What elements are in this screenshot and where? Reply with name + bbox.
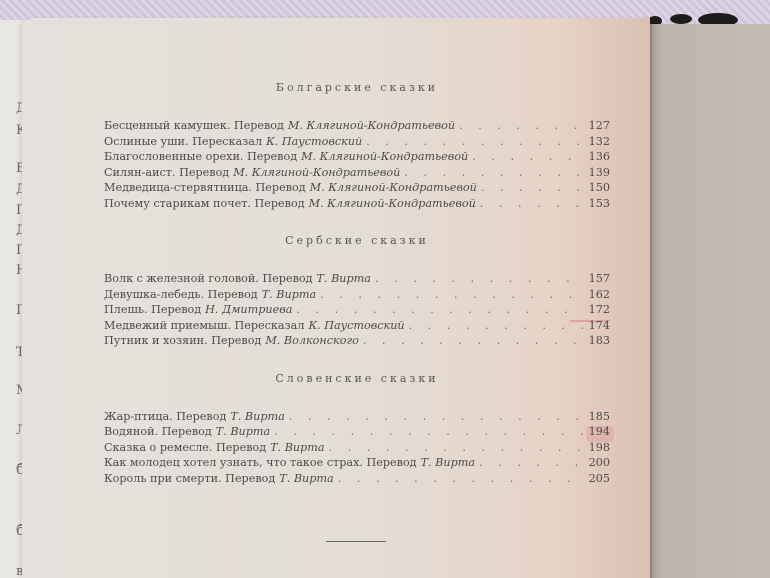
leader-dots: . . . . . . . . . . . . . . . . . . . . … bbox=[472, 149, 584, 165]
toc-entry: Король при смерти. ПереводТ. Вирта. . . … bbox=[104, 471, 610, 487]
toc-entry: Жар-птица. ПереводТ. Вирта. . . . . . . … bbox=[104, 409, 610, 425]
leader-dots: . . . . . . . . . . . . . . . . . . . . … bbox=[329, 440, 584, 456]
toc-entry: Волк с железной головой. ПереводТ. Вирта… bbox=[104, 271, 610, 287]
entry-title: Почему старикам почет. Перевод bbox=[104, 196, 305, 212]
entry-title: Как молодец хотел узнать, что такое стра… bbox=[104, 455, 417, 471]
entry-title: Бесценный камушек. Перевод bbox=[104, 118, 284, 134]
leader-dots: . . . . . . . . . . . . . . . . . . . . … bbox=[338, 471, 584, 487]
entry-page: 132 bbox=[588, 134, 610, 150]
entry-author: Т. Вирта bbox=[317, 271, 371, 287]
leader-dots: . . . . . . . . . . . . . . . . . . . . … bbox=[409, 318, 584, 334]
entry-page: 200 bbox=[588, 455, 610, 471]
leader-dots: . . . . . . . . . . . . . . . . . . . . … bbox=[320, 287, 584, 303]
leader-dots: . . . . . . . . . . . . . . . . . . . . … bbox=[363, 333, 584, 349]
leader-dots: . . . . . . . . . . . . . . . . . . . . … bbox=[481, 180, 584, 196]
section-bulgarian: Болгарские сказки Бесценный камушек. Пер… bbox=[104, 80, 610, 211]
entry-page: 174 bbox=[588, 318, 610, 334]
facing-page bbox=[650, 24, 770, 578]
entry-title: Король при смерти. Перевод bbox=[104, 471, 275, 487]
entry-page: 150 bbox=[588, 180, 610, 196]
leader-dots: . . . . . . . . . . . . . . . . . . . . … bbox=[274, 424, 584, 440]
table-of-contents: Болгарские сказки Бесценный камушек. Пер… bbox=[104, 80, 610, 508]
section-slovenian: Словенские сказки Жар-птица. ПереводТ. В… bbox=[104, 371, 610, 487]
toc-entry: Сказка о ремесле. ПереводТ. Вирта. . . .… bbox=[104, 440, 610, 456]
leader-dots: . . . . . . . . . . . . . . . . . . . . … bbox=[366, 134, 584, 150]
entry-page: 162 bbox=[588, 287, 610, 303]
entry-page: 153 bbox=[588, 196, 610, 212]
toc-entry: Водяной. ПереводТ. Вирта. . . . . . . . … bbox=[104, 424, 610, 440]
leader-dots: . . . . . . . . . . . . . . . . . . . . … bbox=[459, 118, 584, 134]
section-title: Сербские сказки bbox=[104, 233, 610, 249]
entry-author: М. Волконского bbox=[265, 333, 359, 349]
entry-page: 185 bbox=[588, 409, 610, 425]
leader-dots: . . . . . . . . . . . . . . . . . . . . … bbox=[404, 165, 584, 181]
entry-title: Благословенные орехи. Перевод bbox=[104, 149, 297, 165]
entry-author: Н. Дмитриева bbox=[205, 302, 292, 318]
entry-title: Плешь. Перевод bbox=[104, 302, 201, 318]
entry-author: М. Клягиной-Кондратьевой bbox=[301, 149, 468, 165]
section-title: Словенские сказки bbox=[104, 371, 610, 387]
entry-author: М. Клягиной-Кондратьевой bbox=[309, 196, 476, 212]
entry-author: Т. Вирта bbox=[262, 287, 316, 303]
entry-page: 183 bbox=[588, 333, 610, 349]
entry-title: Путник и хозяин. Перевод bbox=[104, 333, 261, 349]
entry-title: Волк с железной головой. Перевод bbox=[104, 271, 313, 287]
toc-entry: Девушка-лебедь. ПереводТ. Вирта. . . . .… bbox=[104, 287, 610, 303]
entry-page: 136 bbox=[588, 149, 610, 165]
leader-dots: . . . . . . . . . . . . . . . . . . . . … bbox=[289, 409, 584, 425]
toc-entry: Плешь. ПереводН. Дмитриева. . . . . . . … bbox=[104, 302, 610, 318]
toc-entry: Как молодец хотел узнать, что такое стра… bbox=[104, 455, 610, 471]
entry-author: Т. Вирта bbox=[230, 409, 284, 425]
entry-author: К. Паустовский bbox=[308, 318, 404, 334]
entry-title: Жар-птица. Перевод bbox=[104, 409, 226, 425]
entry-author: Т. Вирта bbox=[279, 471, 333, 487]
leader-dots: . . . . . . . . . . . . . . . . . . . . … bbox=[296, 302, 584, 318]
entry-author: М. Клягиной-Кондратьевой bbox=[288, 118, 455, 134]
entry-author: К. Паустовский bbox=[266, 134, 362, 150]
entry-title: Медведица-стервятница. Перевод bbox=[104, 180, 306, 196]
toc-entry: Медвежий приемыш. ПересказалК. Паустовск… bbox=[104, 318, 610, 334]
entry-page: 139 bbox=[588, 165, 610, 181]
entry-author: М. Клягиной-Кондратьевой bbox=[310, 180, 477, 196]
entry-page: 198 bbox=[588, 440, 610, 456]
entry-page: 172 bbox=[588, 302, 610, 318]
entry-page: 194 bbox=[588, 424, 610, 440]
entry-title: Сказка о ремесле. Перевод bbox=[104, 440, 266, 456]
section-serbian: Сербские сказки Волк с железной головой.… bbox=[104, 233, 610, 349]
entry-title: Водяной. Перевод bbox=[104, 424, 212, 440]
entry-page: 205 bbox=[588, 471, 610, 487]
toc-entry: Силян-аист. ПереводМ. Клягиной-Кондратье… bbox=[104, 165, 610, 181]
toc-entry: Ослиные уши. ПересказалК. Паустовский. .… bbox=[104, 134, 610, 150]
section-title: Болгарские сказки bbox=[104, 80, 610, 96]
toc-entry: Почему старикам почет. ПереводМ. Клягино… bbox=[104, 196, 610, 212]
entry-author: М. Клягиной-Кондратьевой bbox=[233, 165, 400, 181]
toc-entry: Благословенные орехи. ПереводМ. Клягиной… bbox=[104, 149, 610, 165]
entry-author: Т. Вирта bbox=[270, 440, 324, 456]
closing-rule bbox=[326, 541, 386, 542]
entry-author: Т. Вирта bbox=[216, 424, 270, 440]
leader-dots: . . . . . . . . . . . . . . . . . . . . … bbox=[375, 271, 584, 287]
toc-entry: Медведица-стервятница. ПереводМ. Клягино… bbox=[104, 180, 610, 196]
entry-title: Силян-аист. Перевод bbox=[104, 165, 229, 181]
toc-entry: Бесценный камушек. ПереводМ. Клягиной-Ко… bbox=[104, 118, 610, 134]
entry-author: Т. Вирта bbox=[421, 455, 475, 471]
entry-page: 157 bbox=[588, 271, 610, 287]
entry-title: Ослиные уши. Пересказал bbox=[104, 134, 262, 150]
toc-entry: Путник и хозяин. ПереводМ. Волконского. … bbox=[104, 333, 610, 349]
leader-dots: . . . . . . . . . . . . . . . . . . . . … bbox=[479, 455, 584, 471]
entry-title: Медвежий приемыш. Пересказал bbox=[104, 318, 304, 334]
entry-page: 127 bbox=[588, 118, 610, 134]
leader-dots: . . . . . . . . . . . . . . . . . . . . … bbox=[480, 196, 584, 212]
entry-title: Девушка-лебедь. Перевод bbox=[104, 287, 258, 303]
